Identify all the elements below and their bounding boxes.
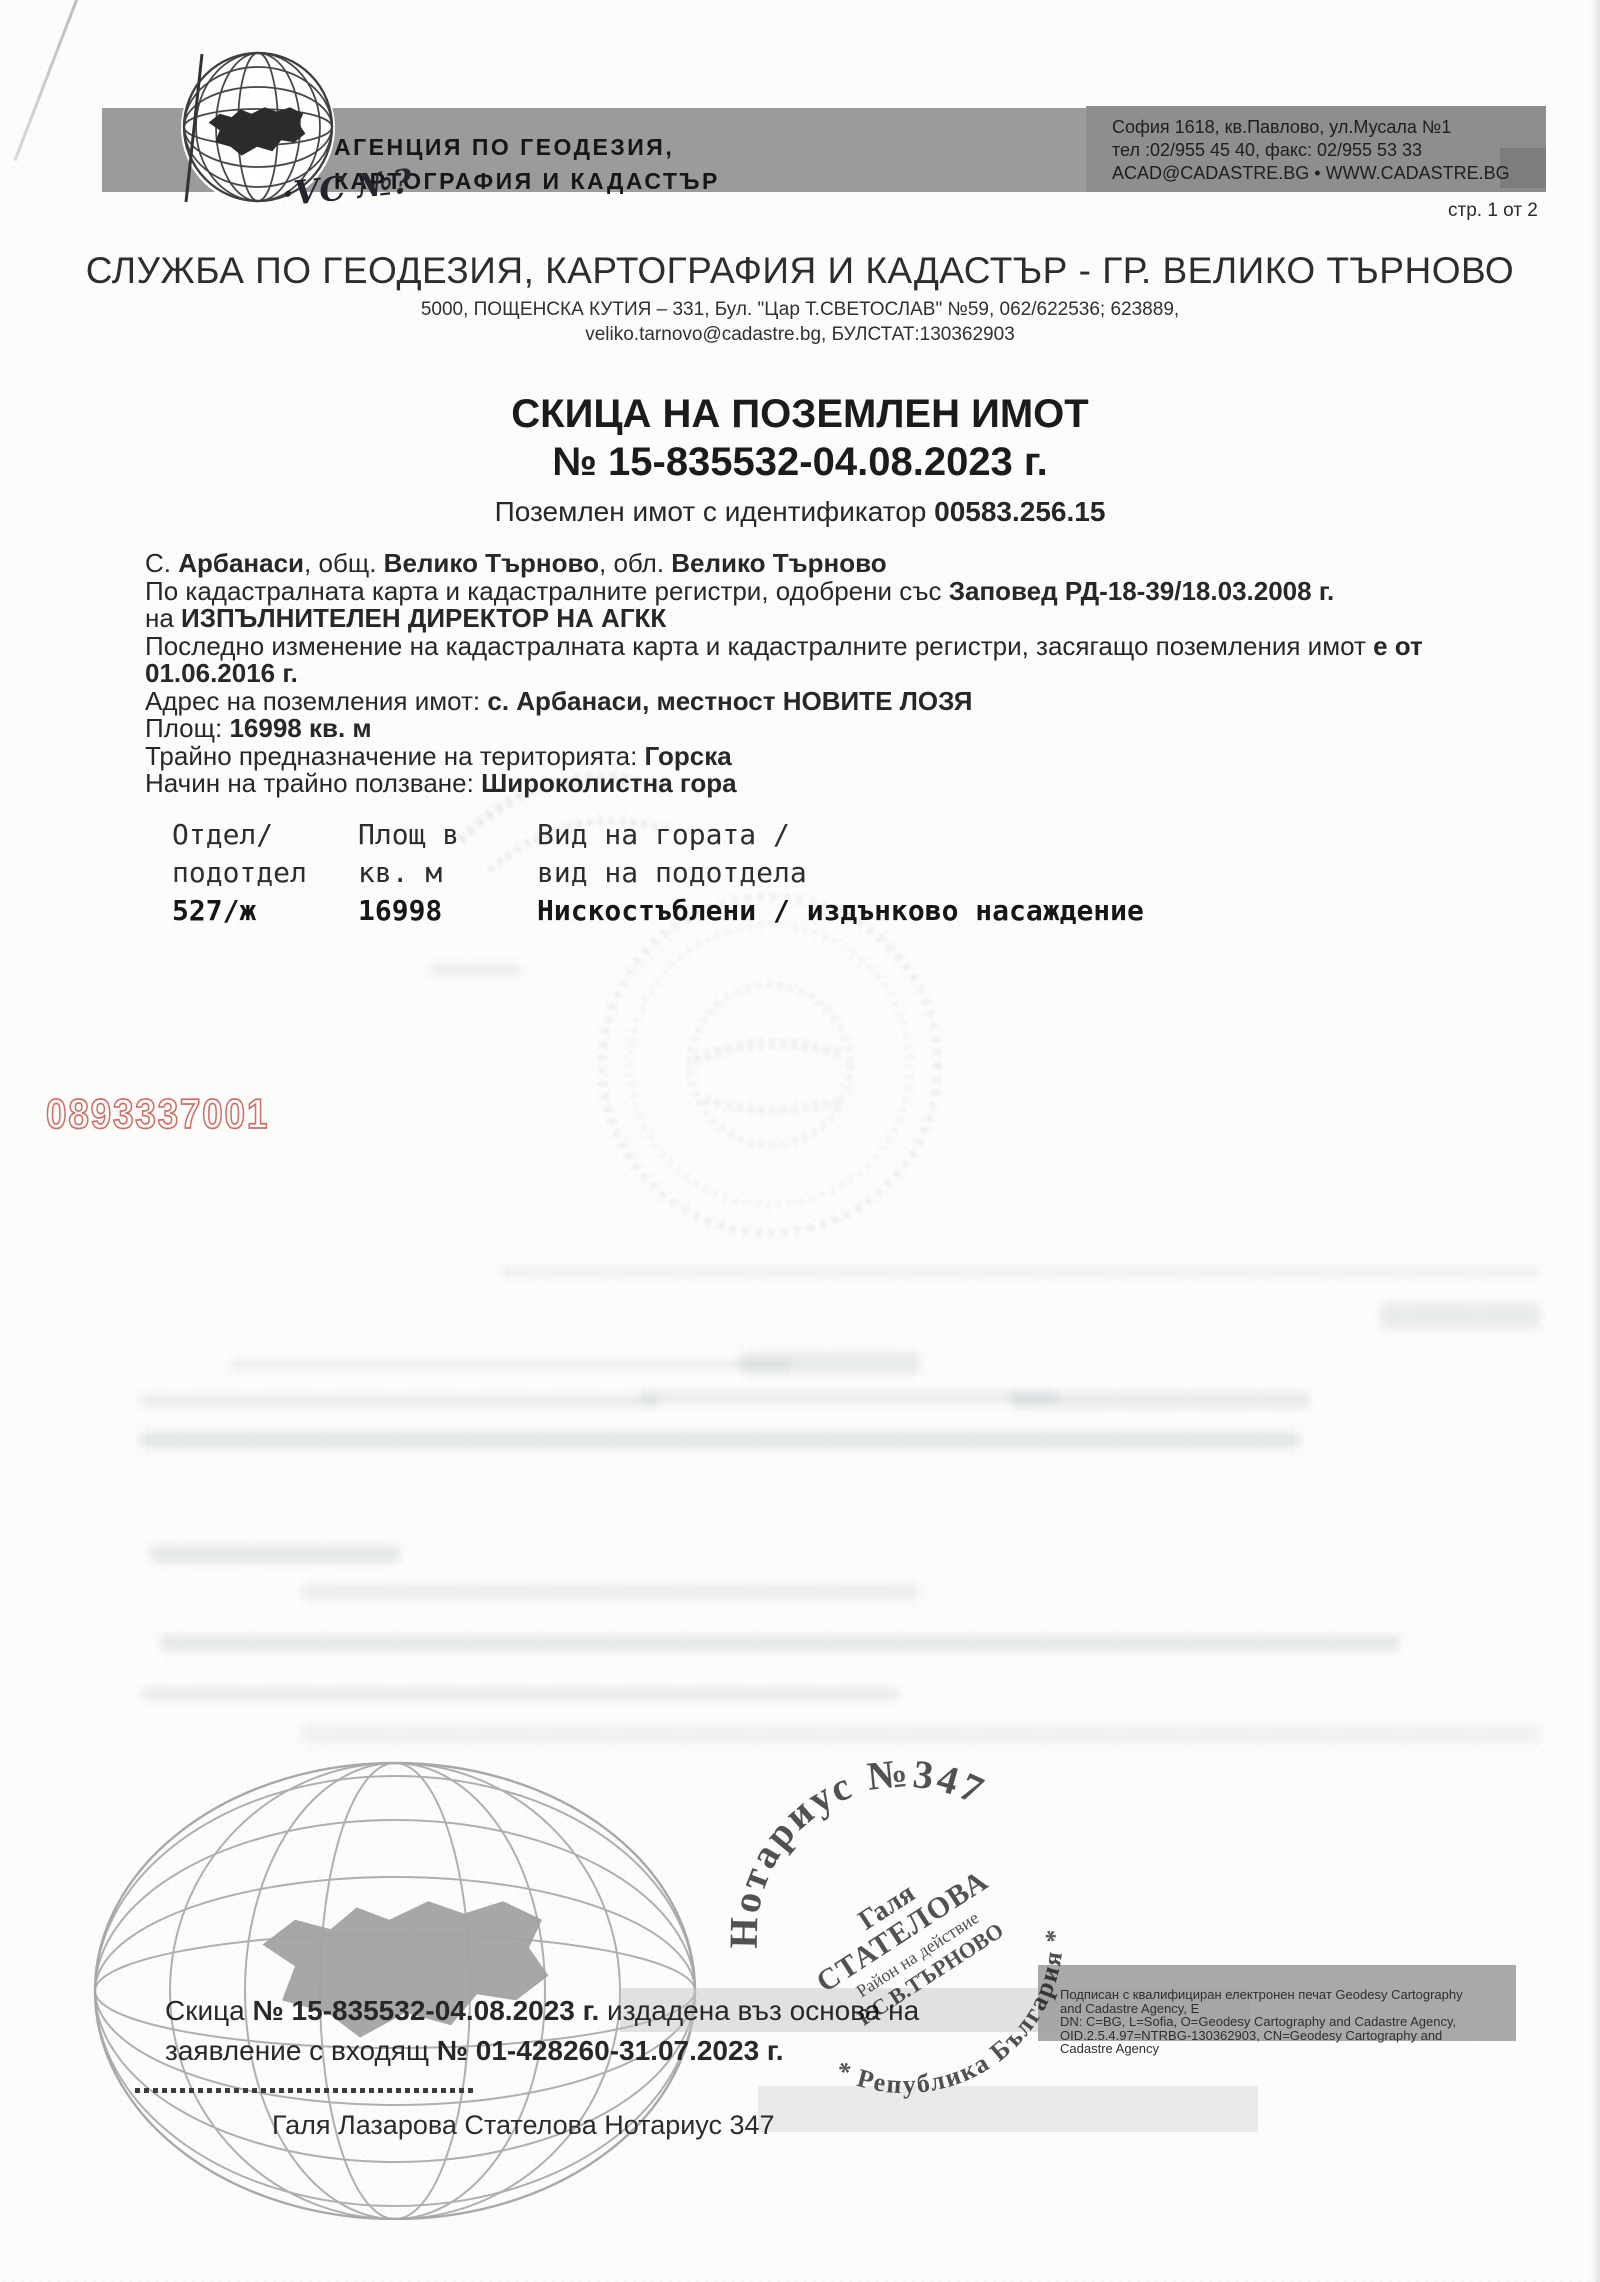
digital-signature-text: Подписан с квалифициран електронен печат…: [1060, 1988, 1463, 2056]
document-number: № 15-835532-04.08.2023 г.: [0, 440, 1600, 485]
cell-forest-type: Нискостъблени / издънково насаждение: [537, 894, 1144, 927]
property-identifier-line: Поземлен имот с идентификатор 00583.256.…: [0, 496, 1600, 528]
cell-department: 527/ж: [172, 894, 256, 927]
phone-watermark: 0893337001: [46, 1090, 269, 1138]
office-address: 5000, ПОЩЕНСКА КУТИЯ – 331, Бул. "Цар Т.…: [0, 299, 1600, 321]
agency-address-line2: тел :02/955 45 40, факс: 02/955 53 33: [1112, 139, 1510, 162]
page-indicator: стр. 1 от 2: [1448, 200, 1538, 222]
col-area-header: Площ в: [358, 818, 459, 851]
identifier-value: 00583.256.15: [934, 496, 1105, 527]
document-title: СКИЦА НА ПОЗЕМЛЕН ИМОТ: [0, 392, 1600, 437]
office-title: СЛУЖБА ПО ГЕОДЕЗИЯ, КАРТОГРАФИЯ И КАДАСТ…: [0, 250, 1600, 292]
area-line: Площ: 16998 кв. м: [145, 713, 372, 744]
agency-name-line1: АГЕНЦИЯ ПО ГЕОДЕЗИЯ,: [334, 130, 720, 164]
notary-stamp: Нотариус №347 * Република България * Гал…: [695, 1730, 1115, 2150]
scan-crease: [13, 0, 80, 161]
scan-edge-shadow: [1590, 0, 1600, 2282]
identifier-label: Поземлен имот с идентификатор: [495, 496, 935, 527]
col-department-header: Отдел/: [172, 818, 273, 851]
scanned-cadastre-document: АГЕНЦИЯ ПО ГЕОДЕЗИЯ, КАРТОГРАФИЯ И КАДАС…: [0, 0, 1600, 2282]
faint-round-stamp-watermark: [575, 870, 975, 1270]
signature-dotted-line: [135, 2088, 475, 2093]
last-change-line: Последно изменение на кадастралната карт…: [145, 631, 1423, 662]
agency-address-line1: София 1618, кв.Павлово, ул.Мусала №1: [1112, 116, 1510, 139]
cell-area: 16998: [358, 894, 442, 927]
office-contact: veliko.tarnovo@cadastre.bg, БУЛСТАТ:1303…: [0, 324, 1600, 346]
globe-watermark-icon: [85, 1758, 707, 2220]
request-line: заявление с входящ № 01-428260-31.07.202…: [165, 2035, 784, 2067]
last-change-date: 01.06.2016 г.: [145, 658, 298, 689]
col-forest-type-header: Вид на гората /: [537, 818, 790, 851]
property-location-line: С. Арбанаси, общ. Велико Търново, обл. В…: [145, 548, 887, 579]
agency-address: София 1618, кв.Павлово, ул.Мусала №1 тел…: [1112, 116, 1510, 185]
agency-address-line3: ACAD@CADASTRE.BG • WWW.CADASTRE.BG: [1112, 162, 1510, 185]
land-use-line: Начин на трайно ползване: Широколистна г…: [145, 768, 737, 799]
director-line: на ИЗПЪЛНИТЕЛЕН ДИРЕКТОР НА АГКК: [145, 603, 666, 634]
